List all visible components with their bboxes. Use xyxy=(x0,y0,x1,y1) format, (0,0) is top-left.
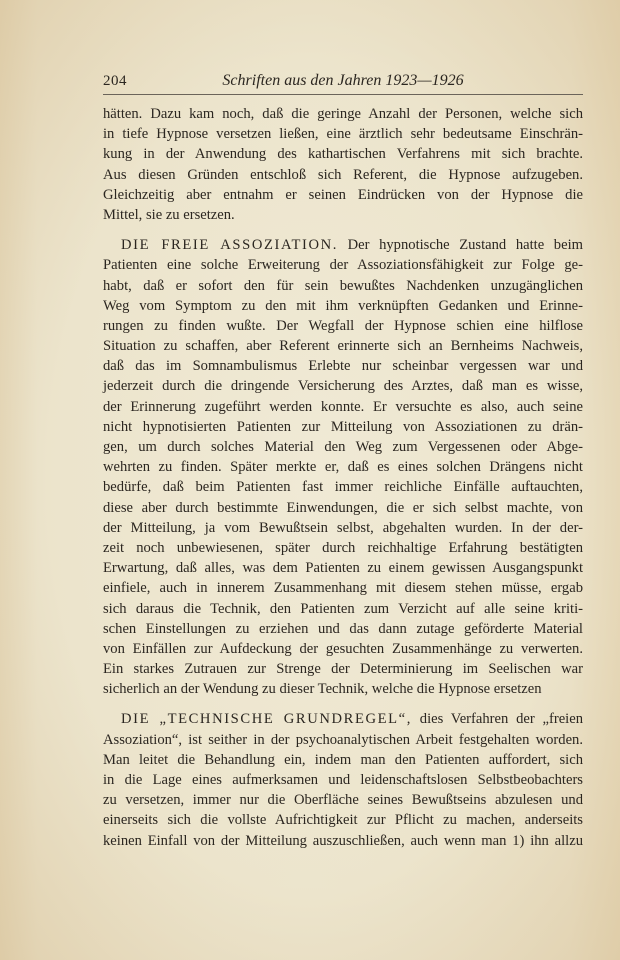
text-line: der Mitteilung, ja vom Bewußtsein selbst… xyxy=(103,518,583,538)
text-line: zeit noch unbewiesenen, später durch rei… xyxy=(103,538,583,558)
text-line: von Einfällen zur Aufdeckung der gesucht… xyxy=(103,639,583,659)
text-line: Aus diesen Gründen entschloß sich Refere… xyxy=(103,165,583,185)
text-line: Erwartung, daß alles, was dem Patienten … xyxy=(103,558,583,578)
text-line: der Erinnerung zugeführt werden konnte. … xyxy=(103,397,583,417)
text-line: bedürfe, daß beim Patienten fast immer r… xyxy=(103,477,583,497)
text-line: Assoziation“, ist seither in der psychoa… xyxy=(103,730,583,750)
text-line: Mittel, sie zu ersetzen. xyxy=(103,205,583,225)
book-page: 204 Schriften aus den Jahren 1923—1926 h… xyxy=(103,70,583,851)
text-line: nicht hypnotisierten Patienten zur Mitte… xyxy=(103,417,583,437)
text-line: hätten. Dazu kam noch, daß die geringe A… xyxy=(103,104,583,124)
text-line: gen, um durch solches Material den Weg z… xyxy=(103,437,583,457)
text-line: einfiele, auch in innerem Zusammenhang m… xyxy=(103,578,583,598)
text-line: Situation zu schaffen, aber Referent eri… xyxy=(103,336,583,356)
text-line: einerseits sich die vollste Aufrichtigke… xyxy=(103,810,583,830)
text-line: Weg vom Symptom zu den mit ihm verknüpft… xyxy=(103,296,583,316)
text-line: in tiefe Hypnose versetzen ließen, eine … xyxy=(103,124,583,144)
text-line: keinen Einfall von der Mitteilung auszus… xyxy=(103,831,583,851)
section-heading: DIE FREIE ASSOZIATION. xyxy=(121,237,338,253)
text-line: zu versetzen, immer nur die Oberfläche s… xyxy=(103,790,583,810)
text-line-first: DIE „TECHNISCHE GRUNDREGEL“, dies Verfah… xyxy=(103,709,583,729)
paragraph-continuation: hätten. Dazu kam noch, daß die geringe A… xyxy=(103,104,583,225)
text-run: Der hypnotische Zustand hatte beim xyxy=(348,237,583,253)
text-line: sicherlich an der Wendung zu dieser Tech… xyxy=(103,679,583,699)
text-line: Patienten eine solche Erweiterung der As… xyxy=(103,255,583,275)
text-line: habt, daß er sofort den für sein bewußte… xyxy=(103,276,583,296)
text-run: dies Verfahren der „freien xyxy=(420,711,583,727)
text-line: sich daraus die Technik, den Patienten z… xyxy=(103,599,583,619)
section-heading: DIE „TECHNISCHE GRUNDREGEL“, xyxy=(121,711,412,727)
running-head: 204 Schriften aus den Jahren 1923—1926 xyxy=(103,70,583,95)
text-line: jederzeit durch die dringende Versicheru… xyxy=(103,376,583,396)
text-line: schen Einstellungen zu erziehen und das … xyxy=(103,619,583,639)
text-line: daß das im Somnambulismus Erlebte nur sc… xyxy=(103,356,583,376)
running-title: Schriften aus den Jahren 1923—1926 xyxy=(103,72,583,90)
text-line: Ein starkes Zutrauen zur Strenge der Det… xyxy=(103,659,583,679)
paragraph-technische-grundregel: DIE „TECHNISCHE GRUNDREGEL“, dies Verfah… xyxy=(103,709,583,850)
text-line: Man leitet die Behandlung ein, indem man… xyxy=(103,750,583,770)
text-line: Gleichzeitig aber entnahm er seinen Eind… xyxy=(103,185,583,205)
text-line: rungen zu finden wußte. Der Wegfall der … xyxy=(103,316,583,336)
paragraph-freie-assoziation: DIE FREIE ASSOZIATION. Der hypnotische Z… xyxy=(103,235,583,699)
text-line: in die Lage eines aufmerksamen und leide… xyxy=(103,770,583,790)
body-text: hätten. Dazu kam noch, daß die geringe A… xyxy=(103,104,583,851)
text-line: wehrten zu finden. Später merkte er, daß… xyxy=(103,457,583,477)
text-line: diese aber durch bestimmte Einwendungen,… xyxy=(103,498,583,518)
text-line: kung in der Anwendung des kathartischen … xyxy=(103,144,583,164)
text-line-first: DIE FREIE ASSOZIATION. Der hypnotische Z… xyxy=(103,235,583,255)
